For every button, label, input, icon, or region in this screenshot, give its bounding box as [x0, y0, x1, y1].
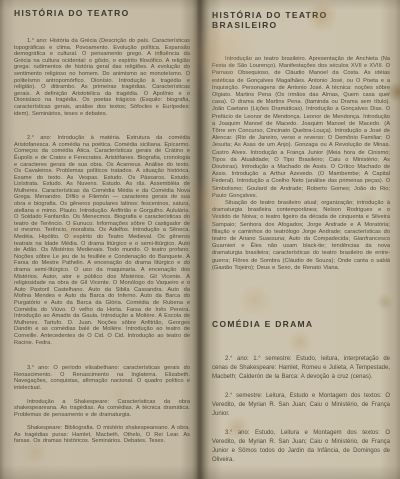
comedia-e-drama-section: 2.° ano: 1.° semestre: Estudo, leitura, … — [212, 355, 390, 465]
right-page: HISTÓRIA DO TEATRO BRASILEIRO Introdução… — [212, 10, 390, 475]
right-page-title: HISTÓRIA DO TEATRO BRASILEIRO — [212, 10, 390, 30]
left-paragraph-shakespeare-intro: Introdução a Shakespeare: Característica… — [14, 399, 190, 419]
comedia-paragraph-ano2-sem1: 2.° ano: 1.° semestre: Estudo, leitura, … — [212, 355, 390, 382]
left-paragraph-ano1: 1.° ano: História da Grécia (Descrição d… — [14, 38, 190, 117]
comedia-paragraph-ano2-sem2: 2.° semestre: Leitura, Estudo e Montagem… — [212, 392, 390, 419]
right-page-history-section: Introdução ao teatro brasileiro. Apresen… — [212, 56, 390, 272]
comedia-e-drama-title: COMÉDIA E DRAMA — [212, 319, 390, 329]
page-gutter-fold — [196, 0, 206, 479]
left-paragraph-shakespeare-biblio: Shakespeare: Bibliografia. O mistério sh… — [14, 425, 190, 445]
left-page-title: HISTÓRIA DO TEATRO — [14, 8, 190, 18]
scanned-book-spread: HISTÓRIA DO TEATRO 1.° ano: História da … — [0, 0, 400, 479]
right-paragraph-situacao: Situação do teatro brasileiro atual; org… — [212, 200, 390, 272]
left-paragraph-ano3: 3.° ano: O período elisabethano: caracte… — [14, 365, 190, 391]
comedia-paragraph-ano3: 3.° ano: Estudo, Leitura e Montagem dos … — [212, 429, 390, 465]
right-paragraph-intro: Introdução ao teatro brasileiro. Apresen… — [212, 56, 390, 200]
left-page: HISTÓRIA DO TEATRO 1.° ano: História da … — [14, 8, 190, 445]
left-paragraph-ano2: 2.° ano: Introdução à matéria. Estrutura… — [14, 135, 190, 346]
